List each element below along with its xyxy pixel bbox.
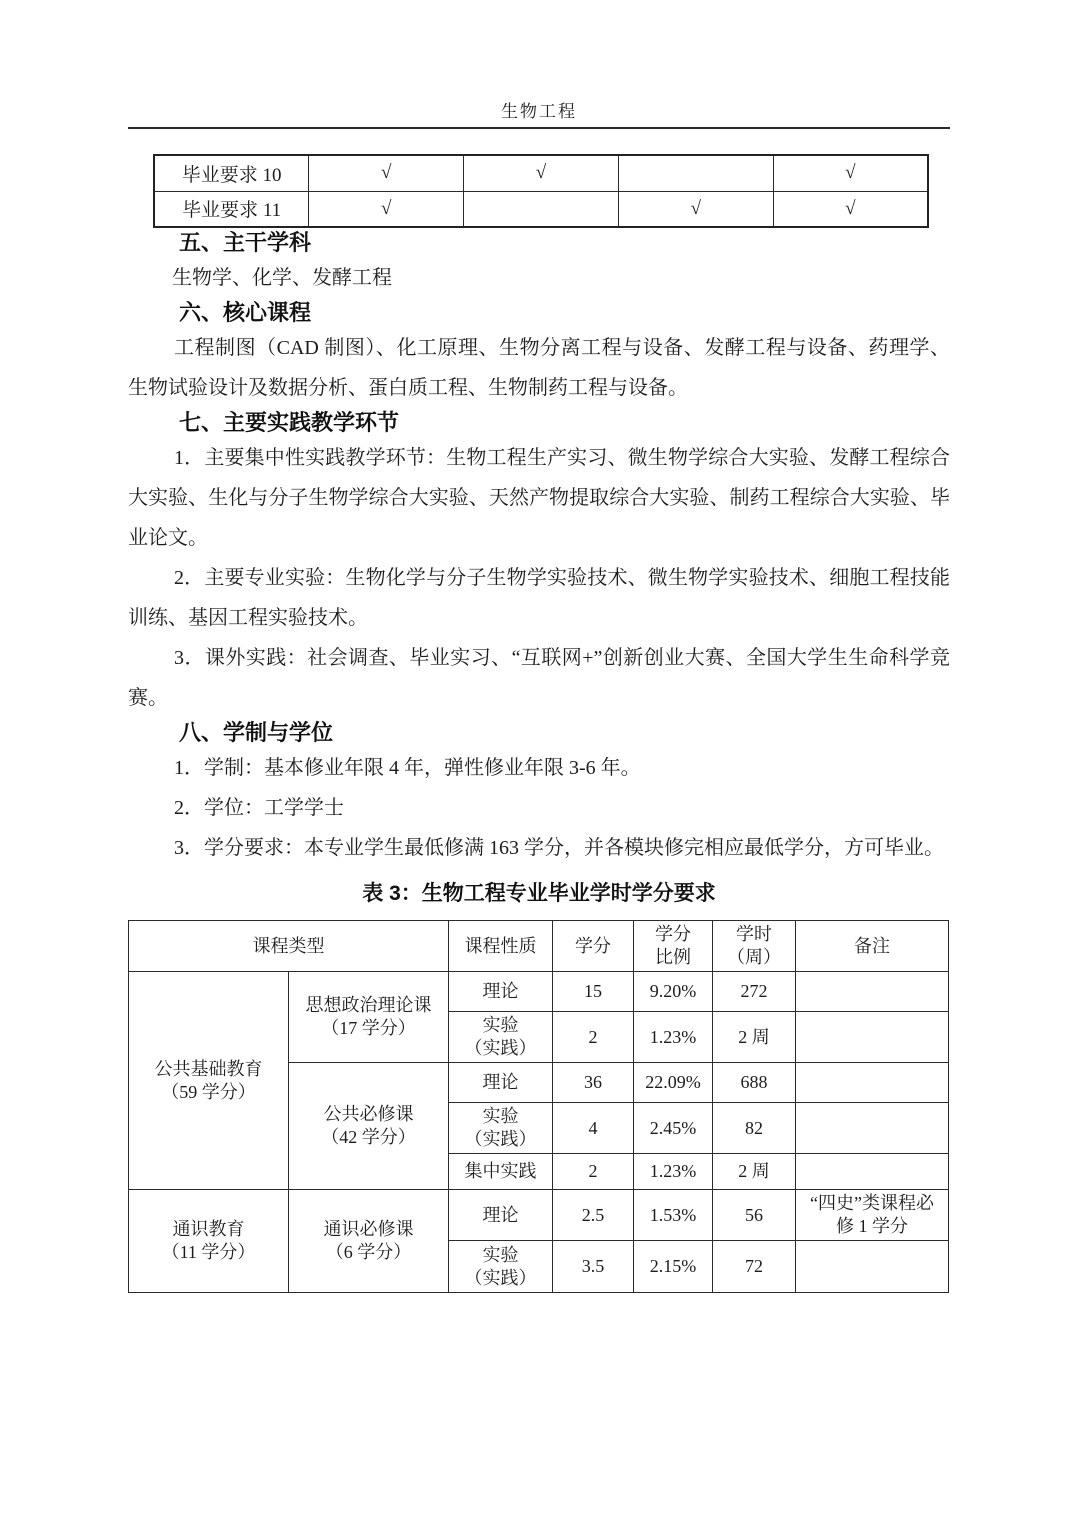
section-7-item-3: 3．课外实践：社会调查、毕业实习、“互联网+”创新创业大赛、全国大学生生命科学竞…: [128, 638, 950, 718]
cell-nature: 实验 （实践）: [449, 1103, 553, 1154]
section-5-body: 生物学、化学、发酵工程: [128, 258, 950, 298]
check-cell: √: [773, 191, 928, 227]
header-credits: 学分: [553, 921, 634, 972]
group-general-education: 通识教育 （11 学分）: [129, 1190, 289, 1293]
section-heading-8: 八、学制与学位: [128, 718, 950, 748]
cell-credits: 36: [553, 1063, 634, 1103]
cell-nature: 实验 （实践）: [449, 1241, 553, 1293]
check-cell: √: [773, 155, 928, 191]
table-row: 公共基础教育 （59 学分） 思想政治理论课 （17 学分） 理论 15 9.2…: [129, 972, 949, 1012]
header-course-nature: 课程性质: [449, 921, 553, 972]
table-row: 毕业要求 10 √ √ √: [154, 155, 928, 191]
cell-ratio: 1.23%: [634, 1012, 713, 1063]
subgroup-ideology: 思想政治理论课 （17 学分）: [289, 972, 449, 1063]
running-header-title: 生物工程: [501, 102, 577, 121]
section-heading-6: 六、核心课程: [128, 298, 950, 328]
header-credit-ratio: 学分 比例: [634, 921, 713, 972]
cell-hours: 688: [713, 1063, 796, 1103]
cell-credits: 15: [553, 972, 634, 1012]
cell-hours: 2 周: [713, 1154, 796, 1190]
section-7-item-1: 1．主要集中性实践教学环节：生物工程生产实习、微生物学综合大实验、发酵工程综合大…: [128, 438, 950, 558]
cell-ratio: 1.53%: [634, 1190, 713, 1241]
cell-hours: 72: [713, 1241, 796, 1293]
cell-nature: 理论: [449, 972, 553, 1012]
credit-requirements-table: 课程类型 课程性质 学分 学分 比例 学时 （周） 备注 公共基础教育 （59 …: [128, 920, 949, 1293]
subgroup-public-required: 公共必修课 （42 学分）: [289, 1063, 449, 1190]
section-8-item-1: 1．学制：基本修业年限 4 年，弹性修业年限 3-6 年。: [128, 748, 950, 788]
check-cell: √: [618, 191, 773, 227]
cell-credits: 4: [553, 1103, 634, 1154]
cell-nature: 理论: [449, 1063, 553, 1103]
subgroup-general-required: 通识必修课 （6 学分）: [289, 1190, 449, 1293]
page-content: 毕业要求 10 √ √ √ 毕业要求 11 √ √ √ 五、主干学科 生物学、化…: [128, 154, 950, 1293]
cell-nature: 实验 （实践）: [449, 1012, 553, 1063]
cell-remark: [796, 1103, 949, 1154]
cell-ratio: 2.45%: [634, 1103, 713, 1154]
cell-credits: 3.5: [553, 1241, 634, 1293]
table3-title: 表 3：生物工程专业毕业学时学分要求: [128, 880, 950, 908]
cell-remark: [796, 1241, 949, 1293]
header-hours: 学时 （周）: [713, 921, 796, 972]
cell-hours: 2 周: [713, 1012, 796, 1063]
cell-credits: 2.5: [553, 1190, 634, 1241]
cell-ratio: 2.15%: [634, 1241, 713, 1293]
cell-nature: 理论: [449, 1190, 553, 1241]
section-heading-7: 七、主要实践教学环节: [128, 408, 950, 438]
check-cell: √: [309, 191, 464, 227]
cell-remark: [796, 1012, 949, 1063]
graduation-requirements-matrix: 毕业要求 10 √ √ √ 毕业要求 11 √ √ √: [153, 154, 929, 228]
requirement-label: 毕业要求 10: [154, 155, 309, 191]
section-6-body: 工程制图（CAD 制图）、化工原理、生物分离工程与设备、发酵工程与设备、药理学、…: [128, 328, 950, 408]
section-8-item-3: 3．学分要求：本专业学生最低修满 163 学分，并各模块修完相应最低学分，方可毕…: [128, 828, 950, 868]
cell-ratio: 9.20%: [634, 972, 713, 1012]
cell-remark: “四史”类课程必 修 1 学分: [796, 1190, 949, 1241]
table-header-row: 课程类型 课程性质 学分 学分 比例 学时 （周） 备注: [129, 921, 949, 972]
section-7-item-2: 2．主要专业实验：生物化学与分子生物学实验技术、微生物学实验技术、细胞工程技能训…: [128, 558, 950, 638]
cell-hours: 56: [713, 1190, 796, 1241]
cell-hours: 82: [713, 1103, 796, 1154]
header-course-type: 课程类型: [129, 921, 449, 972]
section-heading-5: 五、主干学科: [128, 228, 950, 258]
table-row: 通识教育 （11 学分） 通识必修课 （6 学分） 理论 2.5 1.53% 5…: [129, 1190, 949, 1241]
cell-ratio: 1.23%: [634, 1154, 713, 1190]
check-cell: [618, 155, 773, 191]
cell-remark: [796, 1154, 949, 1190]
cell-nature: 集中实践: [449, 1154, 553, 1190]
group-public-basic: 公共基础教育 （59 学分）: [129, 972, 289, 1190]
cell-ratio: 22.09%: [634, 1063, 713, 1103]
document-page: 生物工程 毕业要求 10 √ √ √ 毕业要求 11 √ √: [0, 0, 1074, 1520]
check-cell: √: [464, 155, 619, 191]
cell-remark: [796, 1063, 949, 1103]
requirement-label: 毕业要求 11: [154, 191, 309, 227]
check-cell: [464, 191, 619, 227]
running-header: 生物工程: [128, 0, 950, 129]
cell-credits: 2: [553, 1154, 634, 1190]
cell-remark: [796, 972, 949, 1012]
check-cell: √: [309, 155, 464, 191]
cell-hours: 272: [713, 972, 796, 1012]
section-8-item-2: 2．学位：工学学士: [128, 788, 950, 828]
header-remarks: 备注: [796, 921, 949, 972]
cell-credits: 2: [553, 1012, 634, 1063]
table-row: 毕业要求 11 √ √ √: [154, 191, 928, 227]
